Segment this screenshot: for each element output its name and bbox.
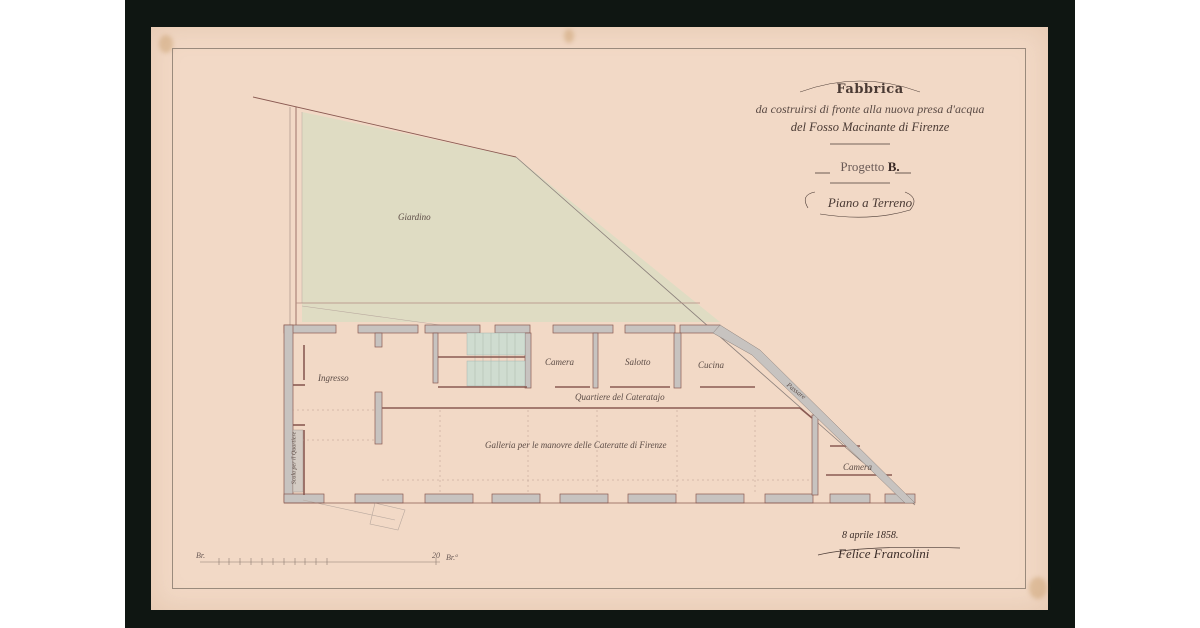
drawing-subtitle-2: del Fosso Macinante di Firenze (740, 120, 1000, 135)
scale-left-label: Br. (196, 551, 205, 560)
floor-plan (0, 0, 1200, 628)
room-label-camera-2: Camera (843, 462, 872, 472)
signature-date: 8 aprile 1858. (842, 530, 898, 541)
project-letter: B. (888, 159, 900, 174)
room-label-garden: Giardino (398, 212, 431, 222)
project-label: Progetto B. (780, 159, 960, 175)
room-label-entrance: Ingresso (318, 373, 349, 383)
room-label-cucina: Cucina (698, 360, 724, 370)
signature-name: Felice Francolini (838, 546, 929, 562)
scale-bar (200, 558, 440, 565)
sheet-title: Piano a Terreno (780, 195, 960, 211)
room-label-gallery: Galleria per le manovre delle Cateratte … (485, 440, 667, 450)
room-label-salotto: Salotto (625, 357, 651, 367)
garden-area (302, 112, 720, 322)
stair-flight (467, 333, 525, 355)
room-label-camera: Camera (545, 357, 574, 367)
scale-unit: Br.ª (446, 553, 457, 562)
project-word: Progetto (840, 159, 884, 174)
room-label-quarters: Quartiere del Cateratajo (575, 392, 665, 402)
drawing-subtitle-1: da costruirsi di fronte alla nuova presa… (740, 102, 1000, 117)
room-label-stair: Scala per il Quartiere (291, 432, 297, 485)
scale-end-value: 20 (432, 551, 440, 560)
stair-flight (467, 361, 525, 386)
drawing-title: Fabbrica (740, 82, 1000, 97)
